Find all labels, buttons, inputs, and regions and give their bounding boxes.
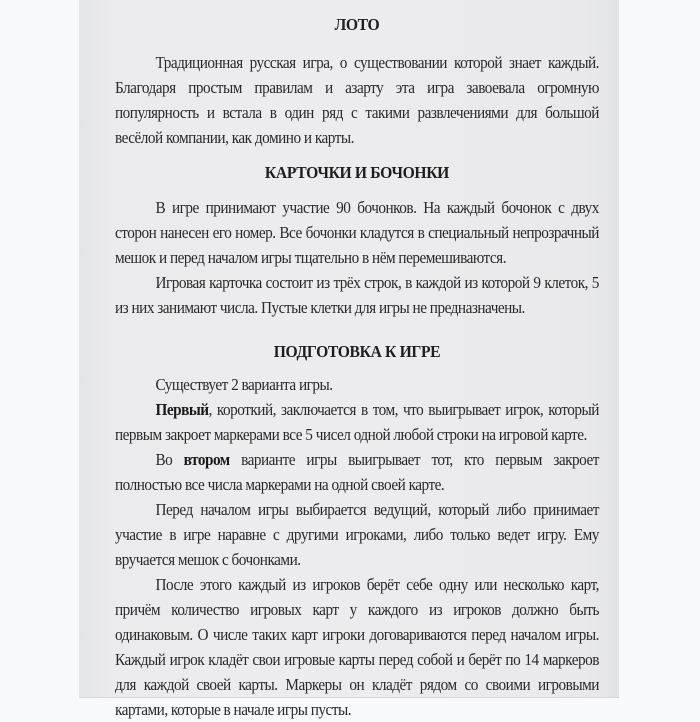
paragraph-intro: Традиционная русская игра, о существован… (115, 50, 599, 150)
section-title-preparation: ПОДГОТОВКА К ИГРЕ (115, 339, 599, 364)
bold-term-second: втором (184, 450, 230, 469)
paragraph-card: Игровая карточка состоит из трёх строк, … (115, 270, 599, 320)
paragraph-cards-and-markers: После этого каждый из игроков берёт себе… (115, 572, 599, 700)
section-title-cards-and-barrels: КАРТОЧКИ И БОЧОНКИ (115, 160, 599, 185)
section-title-loto: ЛОТО (115, 12, 599, 37)
paragraph-host: Перед началом игры выбирается ведущий, к… (115, 497, 599, 572)
paragraph-variants: Существует 2 варианта игры. (115, 372, 599, 397)
book-page: ЛОТО Традиционная русская игра, о сущест… (79, 0, 619, 697)
paragraph-barrels: В игре принимают участие 90 бочонков. На… (115, 195, 599, 270)
paragraph-second-variant: Во втором варианте игры выигрывает тот, … (115, 447, 599, 497)
page-text-column: ЛОТО Традиционная русская игра, о сущест… (115, 12, 599, 700)
paragraph-second-variant-prefix: Во (155, 450, 183, 469)
bold-term-first: Первый (155, 400, 208, 419)
paragraph-first-variant: Первый, короткий, заключается в том, что… (115, 397, 599, 447)
